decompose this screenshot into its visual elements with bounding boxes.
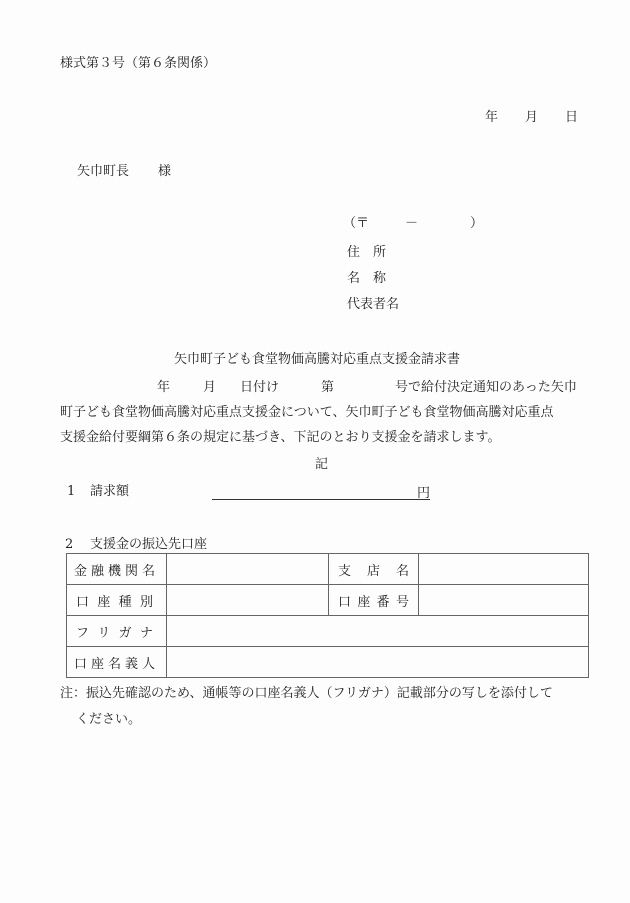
bank-name-label: 金融機関名 (67, 554, 167, 585)
body-month: 月 (203, 380, 216, 396)
addressee-honorific: 様 (158, 164, 171, 180)
item2-label: 支援金の振込先口座 (90, 537, 207, 553)
yen-unit: 円 (417, 482, 430, 501)
furigana-label: フリガナ (67, 616, 167, 647)
account-number-field[interactable] (419, 585, 589, 616)
item1-label: 請求額 (90, 484, 129, 500)
date-year-label: 年 (485, 110, 498, 126)
note-line1: 注：振込先確認のため、通帳等の口座名義人（フリガナ）記載部分の写しを添付して (60, 686, 553, 702)
branch-name-field[interactable] (419, 554, 589, 585)
form-number: 様式第３号（第６条関係） (60, 56, 216, 72)
account-number-label: 口座番号 (329, 585, 419, 616)
branch-name-label: 支店名 (329, 554, 419, 585)
representative-label: 代表者名 (347, 297, 399, 313)
account-type-label: 口座種別 (67, 585, 167, 616)
postal-dash: － (405, 216, 418, 232)
table-row: 口座種別 口座番号 (67, 585, 589, 616)
name-label: 名 称 (347, 271, 386, 287)
table-row: 金融機関名 支店名 (67, 554, 589, 585)
bank-name-field[interactable] (167, 554, 329, 585)
note-line2: ください。 (76, 712, 141, 728)
table-row: 口座名義人 (67, 647, 589, 678)
address-label: 住 所 (347, 245, 386, 261)
account-type-field[interactable] (167, 585, 329, 616)
claim-amount-field[interactable]: 円 (212, 482, 430, 500)
account-table: 金融機関名 支店名 口座種別 口座番号 フリガナ 口座名義人 (66, 553, 589, 678)
account-holder-label: 口座名義人 (67, 647, 167, 678)
addressee-name: 矢巾町長 (77, 164, 129, 180)
postal-open: （〒 (343, 216, 369, 232)
body-no-prefix: 第 (321, 380, 334, 396)
item2-number: 2 (65, 537, 73, 553)
body-line2: 町子ども食堂物価高騰対応重点支援金について、矢巾町子ども食堂物価高騰対応重点 (60, 405, 553, 421)
date-month-label: 月 (525, 110, 538, 126)
body-line1-rest: 号で給付決定通知のあった矢巾 (395, 380, 577, 396)
item1-number: 1 (67, 484, 75, 500)
table-row: フリガナ (67, 616, 589, 647)
body-line3: 支援金給付要綱第６条の規定に基づき、下記のとおり支援金を請求します。 (60, 430, 500, 446)
postal-close: ） (470, 216, 483, 232)
ki-heading: 記 (315, 457, 328, 473)
date-day-label: 日 (565, 110, 578, 126)
body-date-suffix: 日付け (240, 380, 279, 396)
account-holder-field[interactable] (167, 647, 589, 678)
furigana-field[interactable] (167, 616, 589, 647)
body-year: 年 (157, 380, 170, 396)
document-title: 矢巾町子ども食堂物価高騰対応重点支援金請求書 (174, 352, 460, 368)
